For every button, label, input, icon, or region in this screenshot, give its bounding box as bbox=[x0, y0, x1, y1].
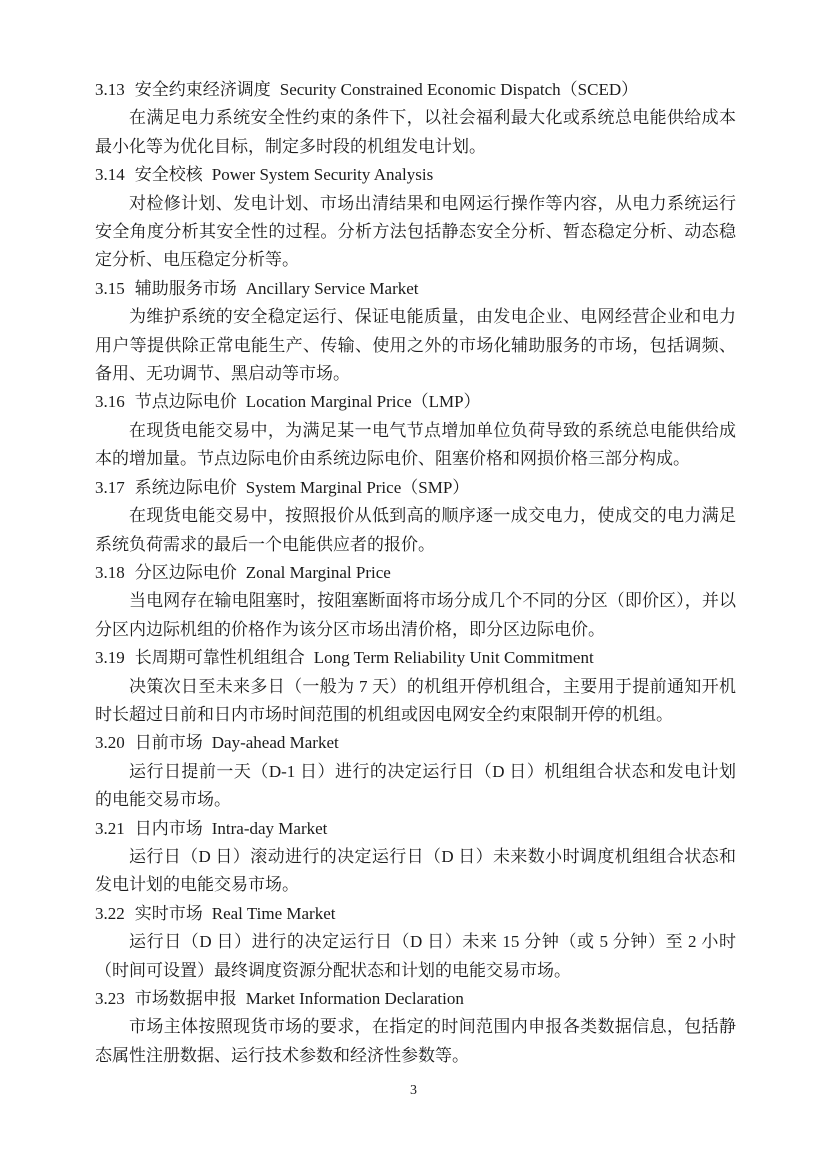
term-section-3-17: 3.17系统边际电价System Marginal Price（SMP） 在现货… bbox=[95, 474, 736, 559]
term-number: 3.17 bbox=[95, 478, 125, 497]
term-name-en: System Marginal Price（SMP） bbox=[246, 478, 470, 497]
term-heading: 3.15辅助服务市场Ancillary Service Market bbox=[95, 275, 736, 303]
term-name-zh: 日内市场 bbox=[135, 819, 203, 838]
term-section-3-21: 3.21日内市场Intra-day Market 运行日（D 日）滚动进行的决定… bbox=[95, 815, 736, 900]
term-name-zh: 系统边际电价 bbox=[135, 478, 237, 497]
term-number: 3.22 bbox=[95, 904, 125, 923]
term-definition: 为维护系统的安全稳定运行、保证电能质量，由发电企业、电网经营企业和电力用户等提供… bbox=[95, 303, 736, 388]
term-heading: 3.14安全校核Power System Security Analysis bbox=[95, 161, 736, 189]
term-number: 3.13 bbox=[95, 80, 125, 99]
term-heading: 3.20日前市场Day-ahead Market bbox=[95, 729, 736, 757]
term-section-3-23: 3.23市场数据申报Market Information Declaration… bbox=[95, 985, 736, 1070]
term-heading: 3.23市场数据申报Market Information Declaration bbox=[95, 985, 736, 1013]
document-page: 3.13安全约束经济调度Security Constrained Economi… bbox=[0, 0, 827, 1169]
term-name-zh: 安全约束经济调度 bbox=[135, 80, 271, 99]
term-definition: 市场主体按照现货市场的要求，在指定的时间范围内申报各类数据信息，包括静态属性注册… bbox=[95, 1013, 736, 1070]
term-definition: 运行日（D 日）进行的决定运行日（D 日）未来 15 分钟（或 5 分钟）至 2… bbox=[95, 928, 736, 985]
page-number: 3 bbox=[0, 1082, 827, 1100]
term-heading: 3.16节点边际电价Location Marginal Price（LMP） bbox=[95, 388, 736, 416]
term-heading: 3.13安全约束经济调度Security Constrained Economi… bbox=[95, 76, 736, 104]
term-name-en: Day-ahead Market bbox=[212, 733, 339, 752]
term-heading: 3.21日内市场Intra-day Market bbox=[95, 815, 736, 843]
term-definition: 对检修计划、发电计划、市场出清结果和电网运行操作等内容，从电力系统运行安全角度分… bbox=[95, 190, 736, 275]
term-definition: 在满足电力系统安全性约束的条件下，以社会福利最大化或系统总电能供给成本最小化等为… bbox=[95, 104, 736, 161]
term-name-en: Ancillary Service Market bbox=[246, 279, 419, 298]
term-number: 3.18 bbox=[95, 563, 125, 582]
term-section-3-22: 3.22实时市场Real Time Market 运行日（D 日）进行的决定运行… bbox=[95, 900, 736, 985]
term-section-3-14: 3.14安全校核Power System Security Analysis 对… bbox=[95, 161, 736, 275]
term-name-zh: 节点边际电价 bbox=[135, 392, 237, 411]
term-number: 3.15 bbox=[95, 279, 125, 298]
term-name-en: Security Constrained Economic Dispatch（S… bbox=[280, 80, 638, 99]
term-definition: 决策次日至未来多日（一般为 7 天）的机组开停机组合，主要用于提前通知开机时长超… bbox=[95, 673, 736, 730]
term-name-en: Zonal Marginal Price bbox=[246, 563, 391, 582]
term-name-en: Intra-day Market bbox=[212, 819, 328, 838]
term-definition: 当电网存在输电阻塞时，按阻塞断面将市场分成几个不同的分区（即价区），并以分区内边… bbox=[95, 587, 736, 644]
term-number: 3.16 bbox=[95, 392, 125, 411]
term-heading: 3.18分区边际电价Zonal Marginal Price bbox=[95, 559, 736, 587]
term-name-zh: 长周期可靠性机组组合 bbox=[135, 648, 305, 667]
term-name-en: Real Time Market bbox=[212, 904, 336, 923]
term-section-3-15: 3.15辅助服务市场Ancillary Service Market 为维护系统… bbox=[95, 275, 736, 389]
term-definition: 在现货电能交易中，为满足某一电气节点增加单位负荷导致的系统总电能供给成本的增加量… bbox=[95, 417, 736, 474]
term-name-zh: 日前市场 bbox=[135, 733, 203, 752]
term-section-3-18: 3.18分区边际电价Zonal Marginal Price 当电网存在输电阻塞… bbox=[95, 559, 736, 644]
term-name-zh: 安全校核 bbox=[135, 165, 203, 184]
term-section-3-13: 3.13安全约束经济调度Security Constrained Economi… bbox=[95, 76, 736, 161]
term-number: 3.19 bbox=[95, 648, 125, 667]
term-heading: 3.19长周期可靠性机组组合Long Term Reliability Unit… bbox=[95, 644, 736, 672]
term-name-en: Market Information Declaration bbox=[246, 989, 464, 1008]
term-number: 3.20 bbox=[95, 733, 125, 752]
term-name-en: Long Term Reliability Unit Commitment bbox=[314, 648, 594, 667]
term-definition: 运行日提前一天（D-1 日）进行的决定运行日（D 日）机组组合状态和发电计划的电… bbox=[95, 758, 736, 815]
term-name-zh: 辅助服务市场 bbox=[135, 279, 237, 298]
term-number: 3.21 bbox=[95, 819, 125, 838]
document-content: 3.13安全约束经济调度Security Constrained Economi… bbox=[95, 76, 736, 1070]
term-name-zh: 市场数据申报 bbox=[135, 989, 237, 1008]
term-heading: 3.17系统边际电价System Marginal Price（SMP） bbox=[95, 474, 736, 502]
term-number: 3.23 bbox=[95, 989, 125, 1008]
term-name-zh: 实时市场 bbox=[135, 904, 203, 923]
term-section-3-20: 3.20日前市场Day-ahead Market 运行日提前一天（D-1 日）进… bbox=[95, 729, 736, 814]
term-section-3-16: 3.16节点边际电价Location Marginal Price（LMP） 在… bbox=[95, 388, 736, 473]
term-name-en: Location Marginal Price（LMP） bbox=[246, 392, 481, 411]
term-definition: 在现货电能交易中，按照报价从低到高的顺序逐一成交电力，使成交的电力满足系统负荷需… bbox=[95, 502, 736, 559]
term-name-en: Power System Security Analysis bbox=[212, 165, 433, 184]
term-name-zh: 分区边际电价 bbox=[135, 563, 237, 582]
term-heading: 3.22实时市场Real Time Market bbox=[95, 900, 736, 928]
term-definition: 运行日（D 日）滚动进行的决定运行日（D 日）未来数小时调度机组组合状态和发电计… bbox=[95, 843, 736, 900]
term-number: 3.14 bbox=[95, 165, 125, 184]
term-section-3-19: 3.19长周期可靠性机组组合Long Term Reliability Unit… bbox=[95, 644, 736, 729]
